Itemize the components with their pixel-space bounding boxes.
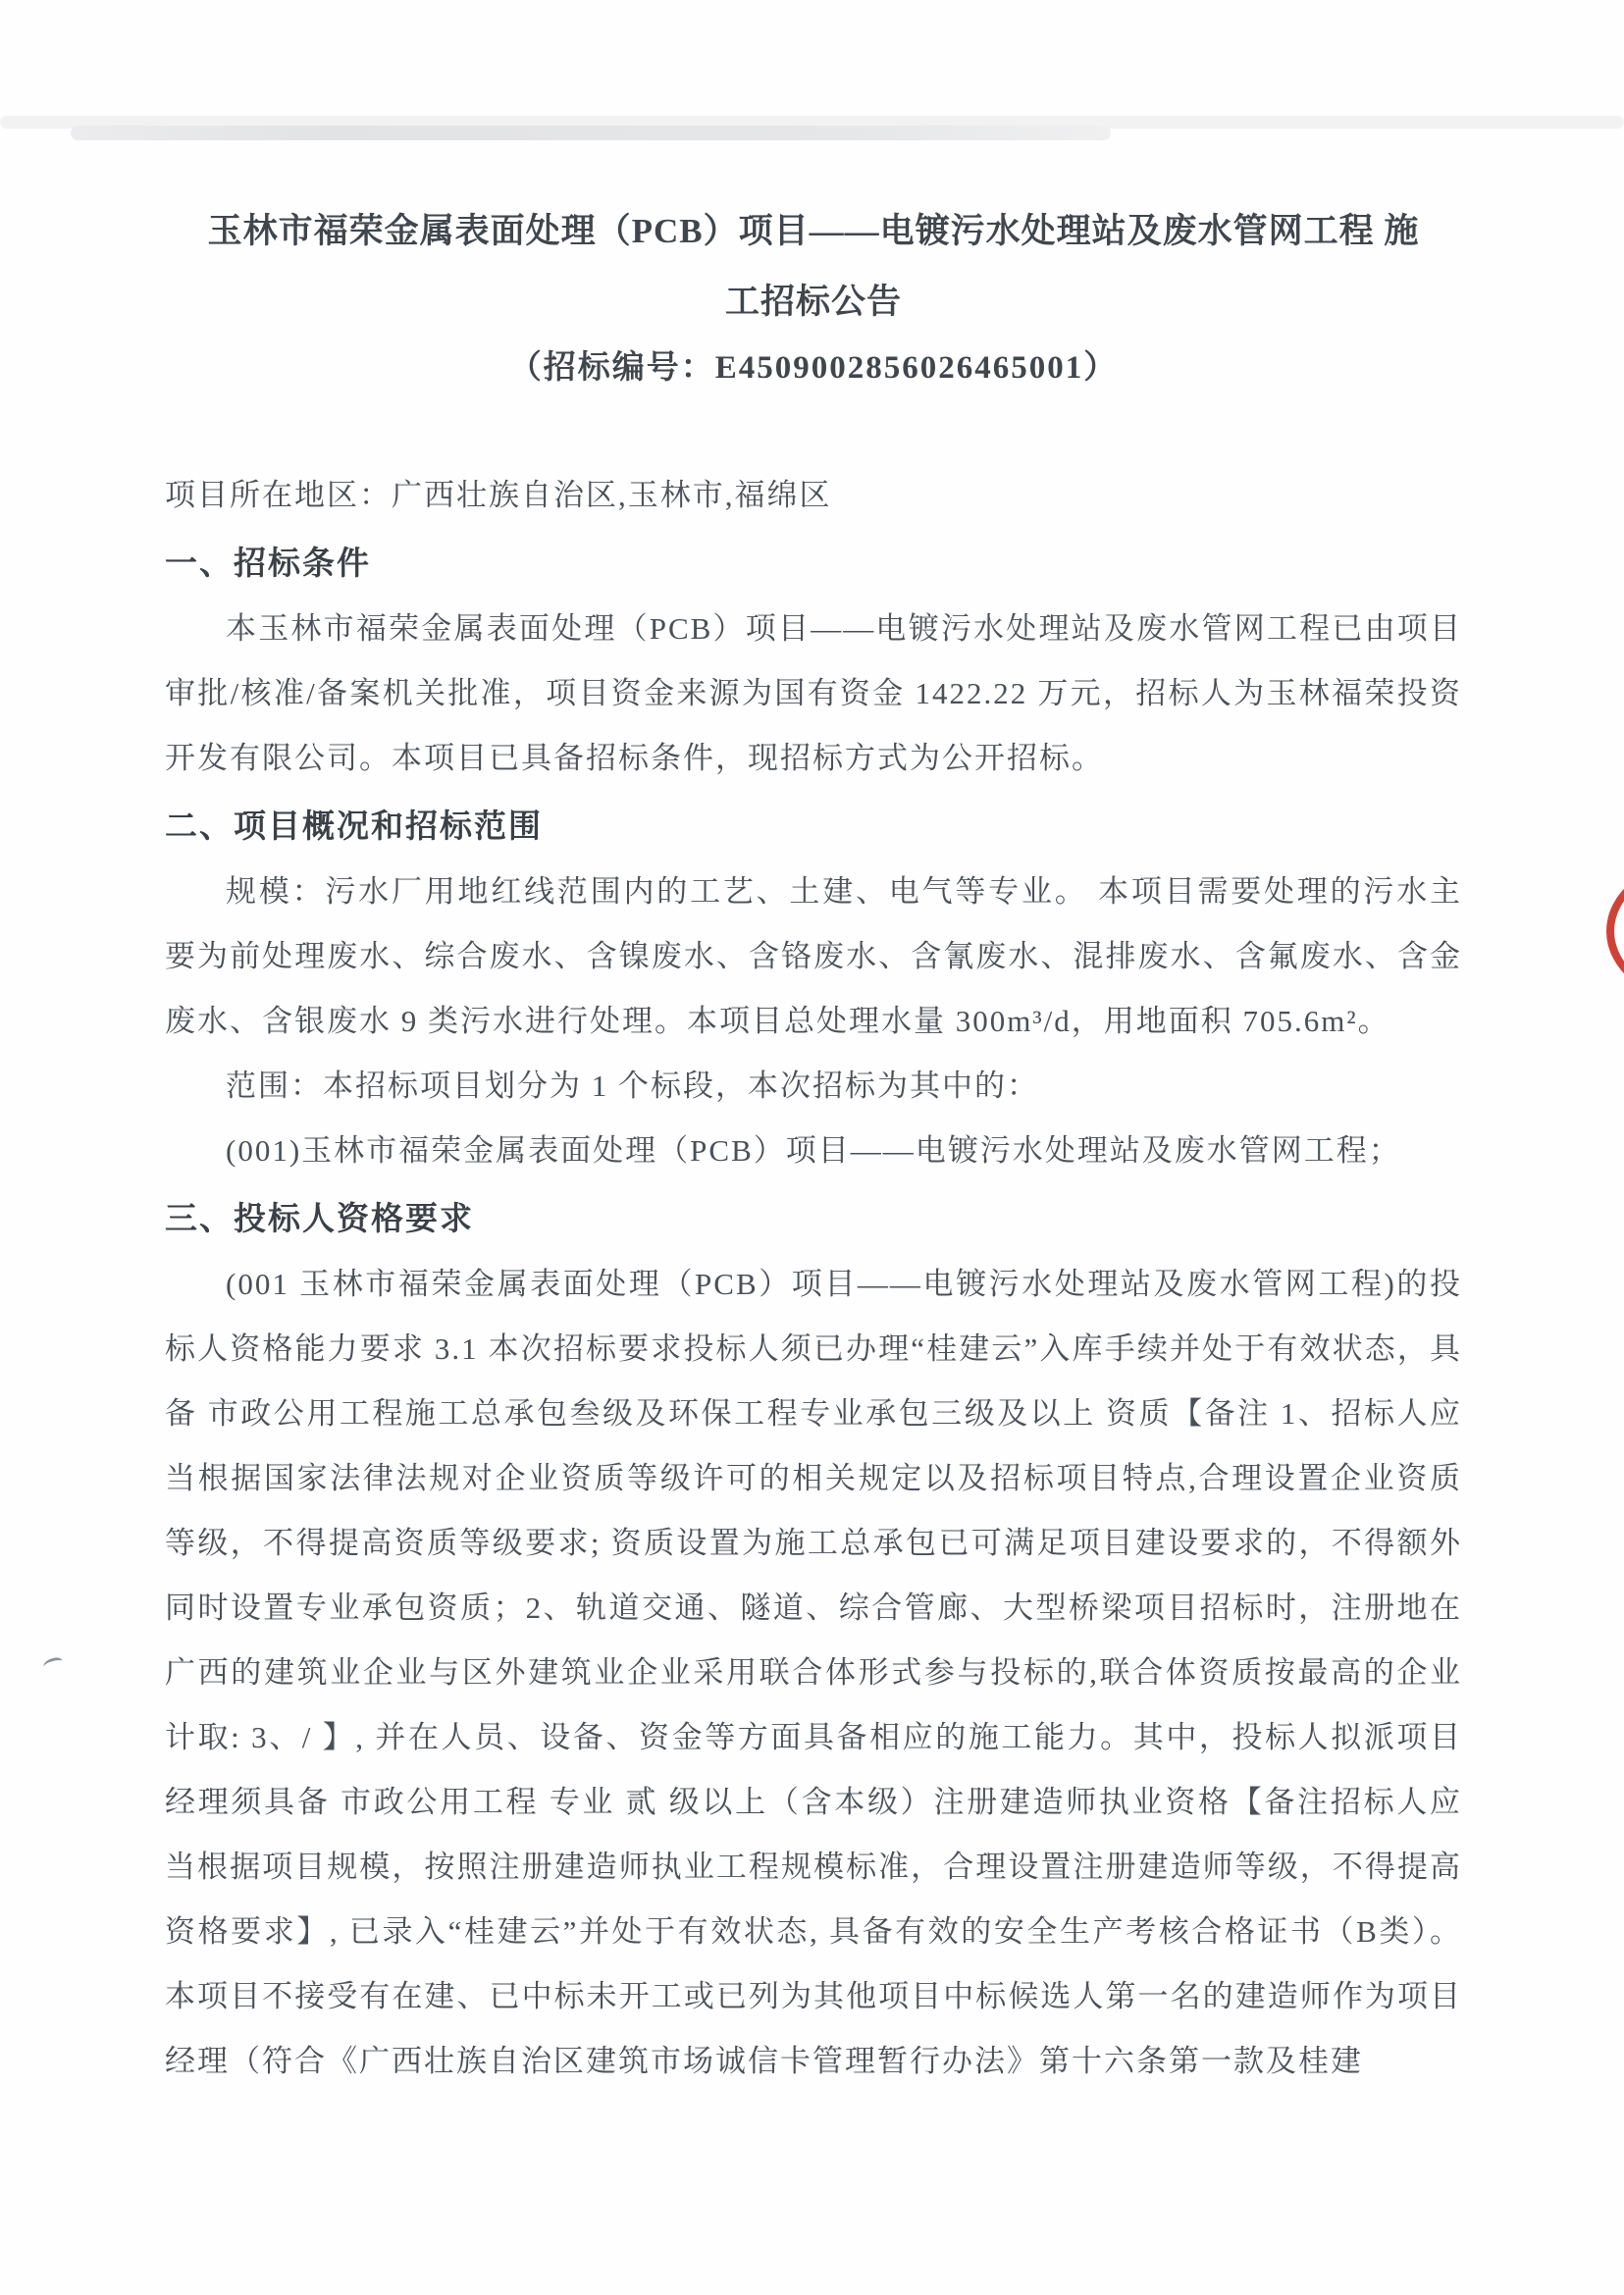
paragraph-bid-scope: 范围：本招标项目划分为 1 个标段，本次招标为其中的：: [165, 1054, 1462, 1119]
paragraph-bid-section-001: (001)玉林市福荣金属表面处理（PCB）项目——电镀污水处理站及废水管网工程；: [165, 1119, 1462, 1183]
pen-mark: [42, 1656, 64, 1672]
document-title-line-1: 玉林市福荣金属表面处理（PCB）项目——电镀污水处理站及废水管网工程 施: [165, 196, 1462, 267]
paragraph-bidding-conditions: 本玉林市福荣金属表面处理（PCB）项目——电镀污水处理站及废水管网工程已由项目审…: [165, 597, 1462, 791]
paragraph-project-scale: 规模：污水厂用地红线范围内的工艺、土建、电气等专业。 本项目需要处理的污水主要为…: [165, 860, 1462, 1054]
document-title: 玉林市福荣金属表面处理（PCB）项目——电镀污水处理站及废水管网工程 施 工招标…: [165, 0, 1462, 338]
document-title-line-2: 工招标公告: [165, 267, 1462, 338]
red-stamp-edge: [1606, 860, 1624, 1003]
scanned-document-page: 玉林市福荣金属表面处理（PCB）项目——电镀污水处理站及废水管网工程 施 工招标…: [0, 0, 1624, 2295]
section-heading-bidding-conditions: 一、招标条件: [165, 532, 1462, 597]
document-body: 玉林市福荣金属表面处理（PCB）项目——电镀污水处理站及废水管网工程 施 工招标…: [165, 0, 1462, 2094]
section-heading-project-overview: 二、项目概况和招标范围: [165, 795, 1462, 860]
paragraph-bidder-qualifications: (001 玉林市福荣金属表面处理（PCB）项目——电镀污水处理站及废水管网工程)…: [165, 1252, 1462, 2094]
tender-number: （招标编号：E4509002856026465001）: [165, 338, 1462, 398]
project-location: 项目所在地区：广西壮族自治区,玉林市,福绵区: [165, 463, 1462, 528]
section-heading-bidder-qualifications: 三、投标人资格要求: [165, 1187, 1462, 1252]
